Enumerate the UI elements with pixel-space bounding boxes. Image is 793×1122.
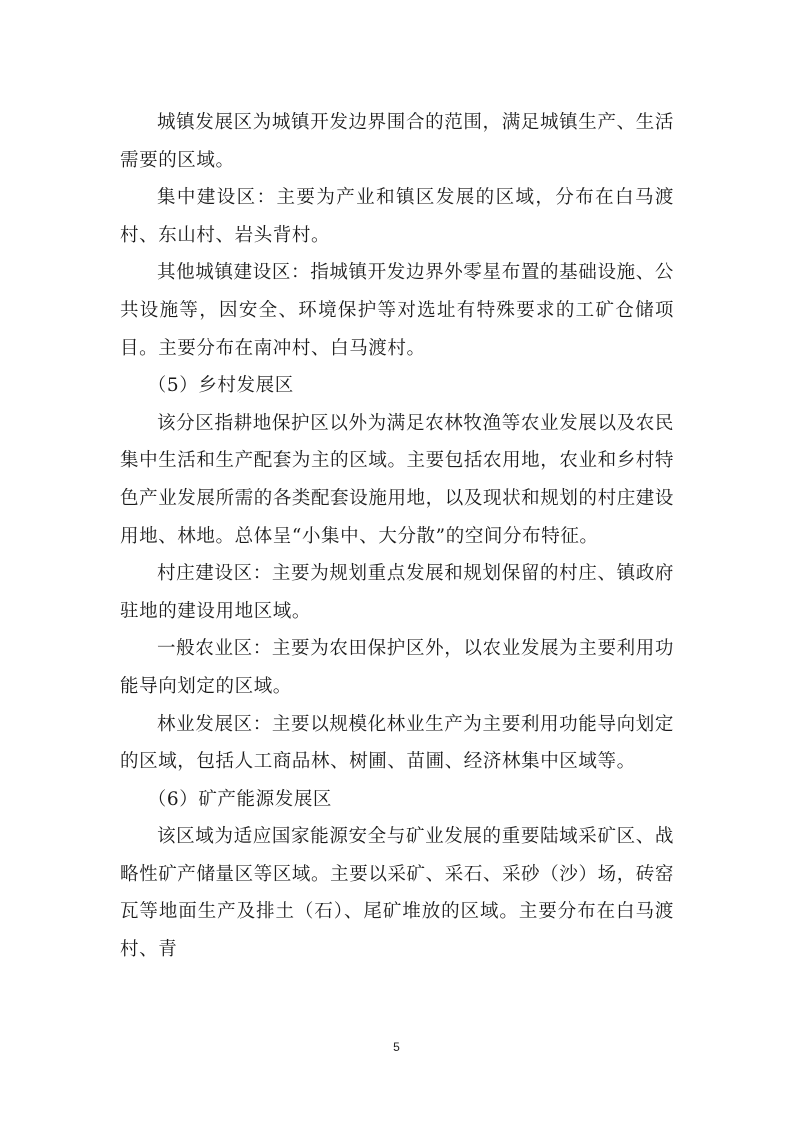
- section-heading-rural-development: （5）乡村发展区: [120, 367, 674, 405]
- section-heading-mineral-energy: （6）矿产能源发展区: [120, 781, 674, 819]
- paragraph-other-town-construction-zone: 其他城镇建设区：指城镇开发边界外零星布置的基础设施、公共设施等，因安全、环境保护…: [120, 254, 674, 367]
- paragraph-general-agriculture-zone: 一般农业区：主要为农田保护区外，以农业发展为主要利用功能导向划定的区域。: [120, 630, 674, 705]
- paragraph-rural-development-zone: 该分区指耕地保护区以外为满足农林牧渔等农业发展以及农民集中生活和生产配套为主的区…: [120, 405, 674, 555]
- paragraph-mineral-energy-zone: 该区域为适应国家能源安全与矿业发展的重要陆域采矿区、战略性矿产储量区等区域。主要…: [120, 818, 674, 968]
- page-number: 5: [0, 1040, 793, 1054]
- paragraph-village-construction-zone: 村庄建设区：主要为规划重点发展和规划保留的村庄、镇政府驻地的建设用地区域。: [120, 555, 674, 630]
- paragraph-town-development-zone: 城镇发展区为城镇开发边界围合的范围，满足城镇生产、生活需要的区域。: [120, 104, 674, 179]
- document-body: 城镇发展区为城镇开发边界围合的范围，满足城镇生产、生活需要的区域。 集中建设区：…: [120, 104, 674, 969]
- paragraph-forestry-development-zone: 林业发展区：主要以规模化林业生产为主要利用功能导向划定的区域，包括人工商品林、树…: [120, 706, 674, 781]
- paragraph-concentrated-construction-zone: 集中建设区：主要为产业和镇区发展的区域，分布在白马渡村、东山村、岩头背村。: [120, 179, 674, 254]
